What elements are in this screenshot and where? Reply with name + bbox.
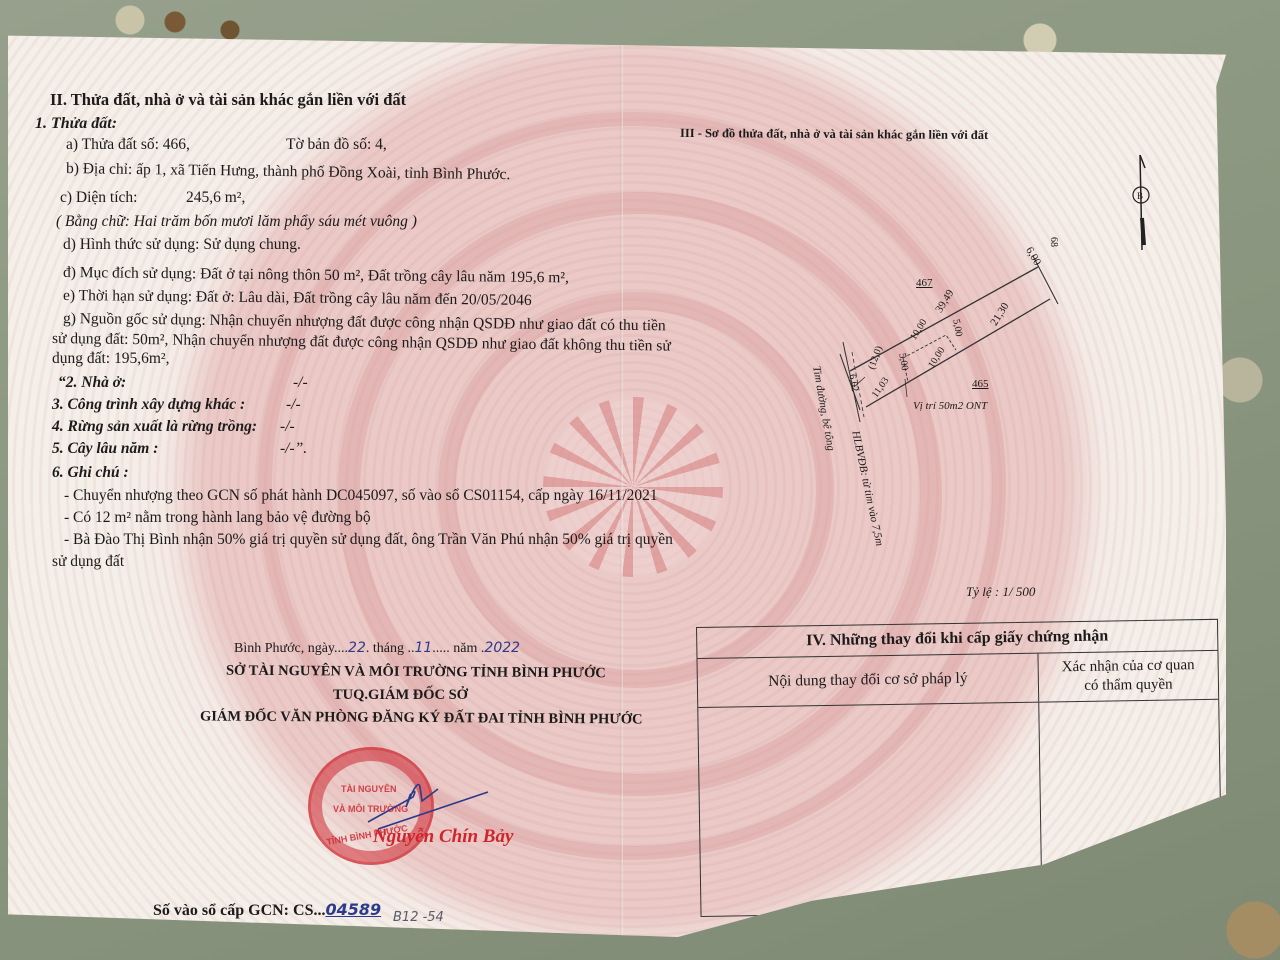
registry-number: Số vào sổ cấp GCN: CS...04589 xyxy=(153,900,381,920)
registry-label: Số vào sổ cấp GCN: CS... xyxy=(153,902,325,919)
house-value: -/- xyxy=(293,374,308,393)
changes-table-col-content: Nội dung thay đổi cơ sở pháp lý xyxy=(698,654,1040,707)
section2-title: II. Thửa đất, nhà ở và tài sản khác gắn … xyxy=(50,90,406,110)
other-construction-label: 3. Công trình xây dựng khác : xyxy=(52,396,245,415)
section2-sub-title: 1. Thửa đất: xyxy=(35,114,117,133)
confirmation-header-line2: có thẩm quyền xyxy=(1084,676,1173,697)
usage-origin-line3: dụng đất: 195,6m², xyxy=(52,350,169,369)
signer-title: GIÁM ĐỐC VĂN PHÒNG ĐĂNG KÝ ĐẤT ĐAI TỈNH … xyxy=(200,708,643,728)
usage-purpose: đ) Mục đích sử dụng: Đất ở tại nông thôn… xyxy=(63,264,569,288)
date-day: 22 xyxy=(348,640,366,656)
other-construction-value: -/- xyxy=(286,396,301,415)
month-prefix: . tháng .. xyxy=(366,641,415,656)
map-sheet-number: Tờ bản đồ số: 4, xyxy=(286,136,387,155)
year-prefix: ..... năm . xyxy=(432,641,484,656)
place-date: Bình Phước, ngày....22. tháng ..11..... … xyxy=(234,640,520,658)
changes-table-col-confirmation: Xác nhận của cơ quan có thẩm quyền xyxy=(1038,651,1218,702)
usage-term: e) Thời hạn sử dụng: Đất ở: Lâu dài, Đất… xyxy=(63,287,532,311)
changes-table: IV. Những thay đổi khi cấp giấy chứng nh… xyxy=(696,619,1222,917)
note-item: - Bà Đào Thị Bình nhận 50% giá trị quyền… xyxy=(64,531,673,550)
neighbor-465-label: 465 xyxy=(972,378,989,391)
perennial-trees-label: 5. Cây lâu năm : xyxy=(52,440,158,459)
pencil-note: B12 -54 xyxy=(393,910,444,926)
confirmation-header-line1: Xác nhận của cơ quan xyxy=(1062,656,1195,678)
parcel-number: a) Thửa đất số: 466, xyxy=(66,136,190,155)
issuing-agency: SỞ TÀI NGUYÊN VÀ MÔI TRƯỜNG TỈNH BÌNH PH… xyxy=(226,663,606,683)
house-label: “2. Nhà ở: xyxy=(58,374,126,393)
svg-text:B: B xyxy=(1137,191,1143,201)
section3-title: III - Sơ đồ thửa đất, nhà ở và tài sản k… xyxy=(680,126,988,143)
position-note-label: Vị trí 50m2 ONT xyxy=(913,400,987,413)
north-arrow-icon: B xyxy=(1118,150,1158,260)
land-certificate-page: II. Thửa đất, nhà ở và tài sản khác gắn … xyxy=(8,32,1226,937)
perennial-trees-value: -/-”. xyxy=(280,440,307,459)
date-year: 2022 xyxy=(484,640,520,656)
signer-name: Nguyễn Chín Bảy xyxy=(373,826,513,849)
forest-label: 4. Rừng sản xuất là rừng trồng: xyxy=(52,418,257,437)
parcel-sketch-diagram xyxy=(788,222,1108,642)
registry-value: 04589 xyxy=(325,900,381,919)
on-behalf-of: TUQ.GIÁM ĐỐC SỞ xyxy=(333,687,468,704)
forest-value: -/- xyxy=(280,418,295,437)
date-month: 11 xyxy=(414,640,432,656)
changes-table-content-cell xyxy=(698,703,1042,916)
area-value: 245,6 m², xyxy=(186,189,245,208)
usage-form: d) Hình thức sử dụng: Sử dụng chung. xyxy=(63,236,301,255)
page-fold xyxy=(620,32,623,937)
changes-table-confirmation-cell xyxy=(1039,700,1221,911)
area-in-words: ( Bằng chữ: Hai trăm bốn mươi lăm phẩy s… xyxy=(56,213,417,232)
notes-title: 6. Ghi chú : xyxy=(52,464,129,483)
area-label: c) Diện tích: xyxy=(60,189,137,208)
neighbor-467-label: 467 xyxy=(916,277,933,290)
note-item: - Có 12 m² nằm trong hành lang bảo vệ đư… xyxy=(64,509,371,528)
note-item: - Chuyển nhượng theo GCN số phát hành DC… xyxy=(64,487,658,506)
parcel-address: b) Địa chỉ: ấp 1, xã Tiến Hưng, thành ph… xyxy=(66,160,511,185)
neighbor-68-label: 68 xyxy=(1047,237,1059,247)
note-item: sử dụng đất xyxy=(52,553,124,572)
place-date-prefix: Bình Phước, ngày.... xyxy=(234,641,348,656)
scale-label: Tỷ lệ : 1/ 500 xyxy=(966,584,1035,600)
